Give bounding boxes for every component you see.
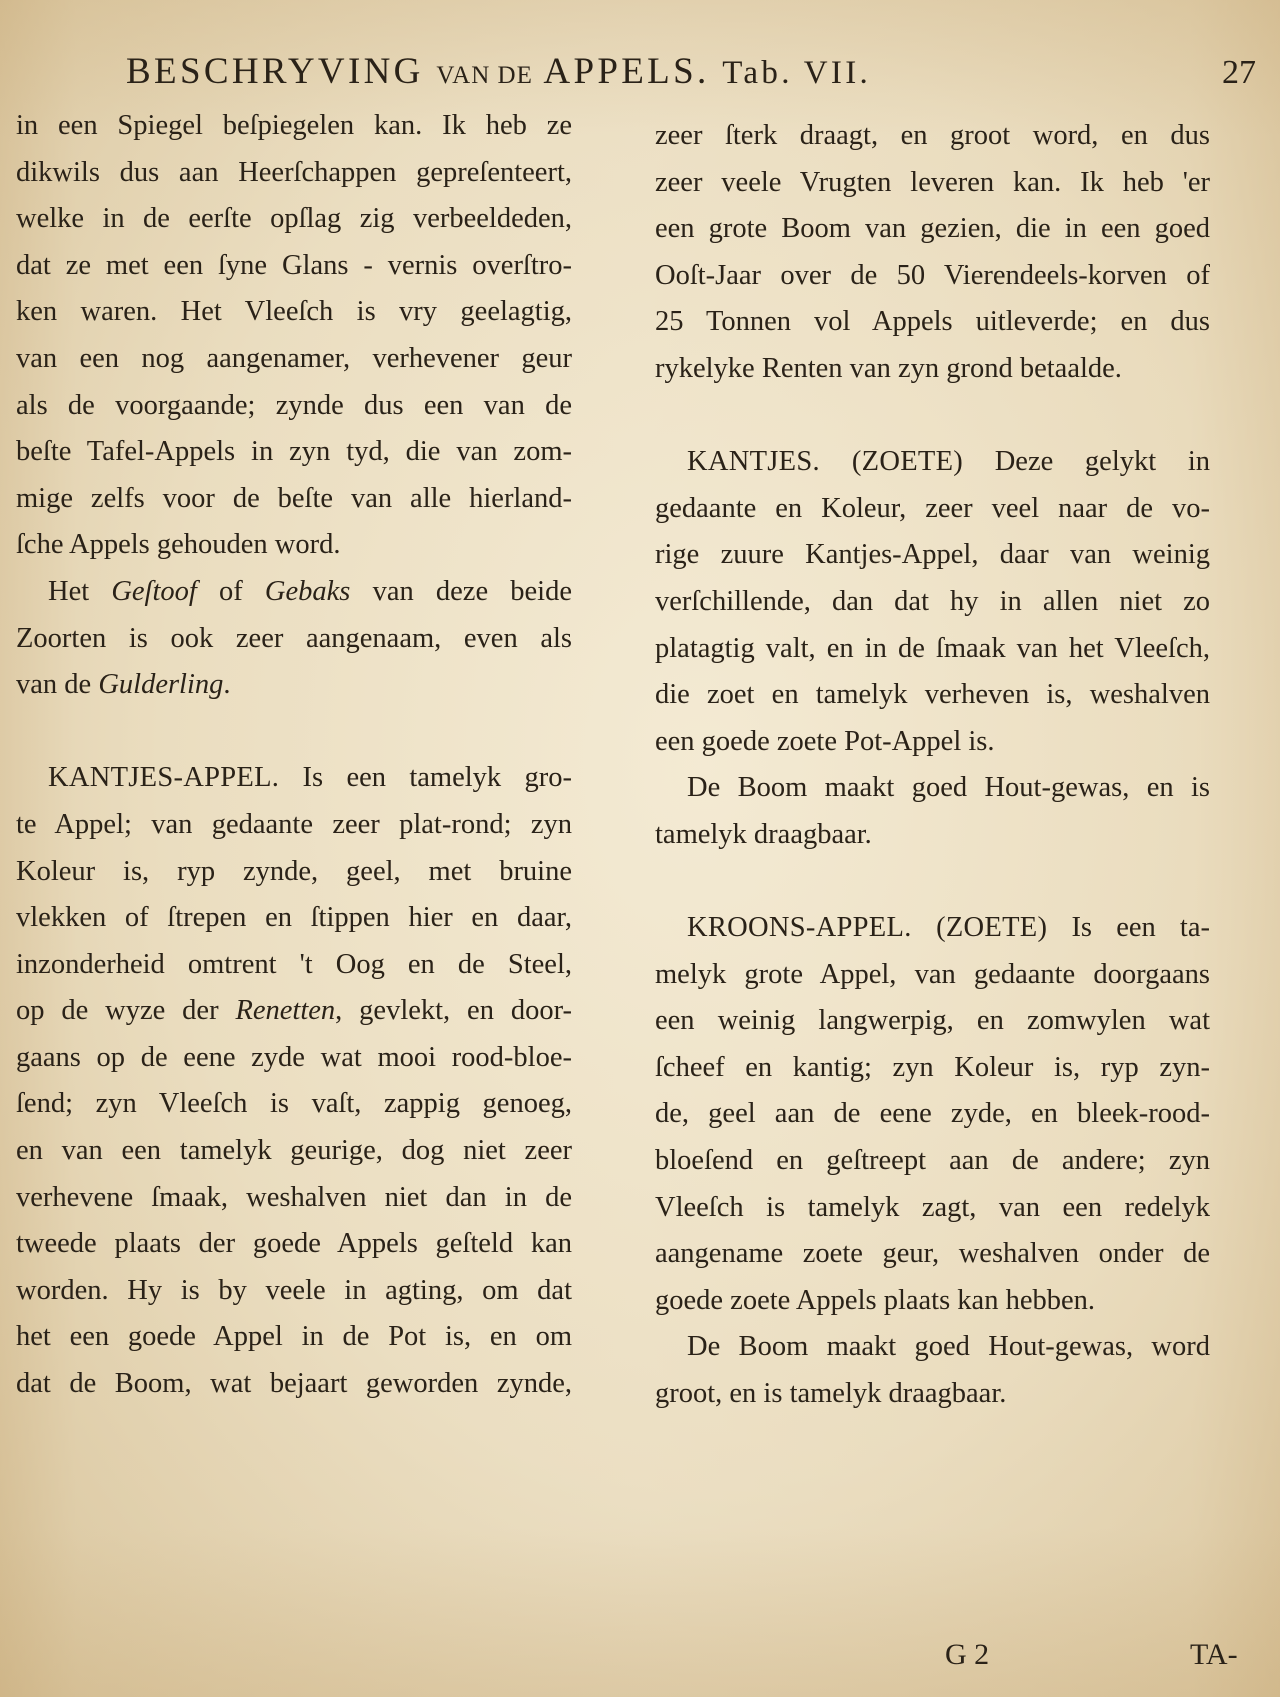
text-line: ken waren. Het Vleeſch is vry geelagtig,	[16, 289, 572, 336]
italic-term: Renetten	[235, 995, 335, 1026]
text-line: een weinig langwerpig, en zomwylen wat	[655, 998, 1210, 1045]
text-line: als de voorgaande; zynde dus een van de	[16, 383, 572, 430]
text-run: .	[223, 669, 230, 700]
text-line: in een Spiegel beſpiegelen kan. Ik heb z…	[16, 103, 572, 150]
catchword: TA-	[1190, 1638, 1238, 1672]
text-line: De Boom maakt goed Hout-gewas, word	[655, 1324, 1210, 1371]
section-gap	[16, 709, 572, 756]
text-line: groot, en is tamelyk draagbaar.	[655, 1371, 1210, 1418]
section-heading-line: KANTJES. (ZOETE) Deze gelykt in	[655, 439, 1210, 486]
book-page: BESCHRYVING van de APPELS. Tab. VII. 27 …	[0, 0, 1280, 1697]
italic-term: Geſtoof	[111, 576, 197, 607]
page-number: 27	[1222, 54, 1256, 92]
text-line: verhevene ſmaak, weshalven niet dan in d…	[16, 1175, 572, 1222]
text-line: verſchillende, dan dat hy in allen niet …	[655, 579, 1210, 626]
text-line: mige zelfs voor de beſte van alle hierla…	[16, 476, 572, 523]
text-line: en van een tamelyk geurige, dog niet zee…	[16, 1128, 572, 1175]
text-line: Koleur is, ryp zynde, geel, met bruine	[16, 849, 572, 896]
section-heading-line: KANTJES-APPEL. Is een tamelyk gro-	[16, 755, 572, 802]
text-line: 25 Tonnen vol Appels uitleverde; en dus	[655, 299, 1210, 346]
text-line: melyk grote Appel, van gedaante doorgaan…	[655, 952, 1210, 999]
text-line: rige zuure Kantjes-Appel, daar van weini…	[655, 532, 1210, 579]
text-line: een grote Boom van gezien, die in een go…	[655, 206, 1210, 253]
text-run: , gevlekt, en door-	[335, 995, 572, 1026]
running-title-part1: BESCHRYVING	[126, 51, 424, 92]
right-column: zeer ſterk draagt, en groot word, en dus…	[655, 113, 1210, 1418]
text-line: zeer ſterk draagt, en groot word, en dus	[655, 113, 1210, 160]
text-line: inzonderheid omtrent 't Oog en de Steel,	[16, 942, 572, 989]
paragraph-line: Het Geſtoof of Gebaks van deze beide	[16, 569, 572, 616]
text-line: zeer veele Vrugten leveren kan. Ik heb '…	[655, 160, 1210, 207]
text-line: aangename zoete geur, weshalven onder de	[655, 1231, 1210, 1278]
text-line: goede zoete Appels plaats kan hebben.	[655, 1278, 1210, 1325]
text-line: dikwils dus aan Heerſchappen gepreſentee…	[16, 150, 572, 197]
text-line: welke in de eerſte opſlag zig verbeelded…	[16, 196, 572, 243]
text-line: ſend; zyn Vleeſch is vaſt, zappig genoeg…	[16, 1081, 572, 1128]
section-heading-kroons-appel: KROONS-APPEL. (ZOETE)	[687, 912, 1047, 943]
signature-mark: G 2	[945, 1638, 989, 1672]
section-gap	[655, 859, 1210, 906]
text-line: van een nog aangenamer, verhevener geur	[16, 336, 572, 383]
text-line: ſche Appels gehouden word.	[16, 522, 572, 569]
text-line: te Appel; van gedaante zeer plat-rond; z…	[16, 802, 572, 849]
text-line: gedaante en Koleur, zeer veel naar de vo…	[655, 486, 1210, 533]
section-heading-kantjes-appel: KANTJES-APPEL.	[48, 762, 279, 793]
text-run: van deze beide	[350, 576, 572, 607]
text-line: ſcheef en kantig; zyn Koleur is, ryp zyn…	[655, 1045, 1210, 1092]
section-heading-line: KROONS-APPEL. (ZOETE) Is een ta-	[655, 905, 1210, 952]
running-title-part2: van de	[436, 62, 533, 89]
text-run: of	[197, 576, 265, 607]
text-line: vlekken of ſtrepen en ſtippen hier en da…	[16, 895, 572, 942]
text-line: gaans op de eene zyde wat mooi rood-bloe…	[16, 1035, 572, 1082]
text-run: Is een ta-	[1047, 912, 1210, 943]
text-line: Vleeſch is tamelyk zagt, van een redelyk	[655, 1185, 1210, 1232]
text-line: beſte Tafel-Appels in zyn tyd, die van z…	[16, 429, 572, 476]
italic-term: Gulderling	[98, 669, 223, 700]
running-title-part3: APPELS.	[543, 51, 709, 92]
text-line: het een goede Appel in de Pot is, en om	[16, 1314, 572, 1361]
paragraph-line: op de wyze der Renetten, gevlekt, en doo…	[16, 988, 572, 1035]
running-title: BESCHRYVING van de APPELS. Tab. VII.	[126, 50, 871, 93]
text-run: op de wyze der	[16, 995, 235, 1026]
text-line: worden. Hy is by veele in agting, om dat	[16, 1268, 572, 1315]
left-column: in een Spiegel beſpiegelen kan. Ik heb z…	[16, 103, 572, 1408]
text-line: die zoet en tamelyk verheven is, weshalv…	[655, 672, 1210, 719]
text-line: Ooſt-Jaar over de 50 Vierendeels-korven …	[655, 253, 1210, 300]
section-gap	[655, 393, 1210, 440]
text-run: Deze gelykt in	[963, 446, 1210, 477]
running-title-part4: Tab. VII.	[722, 55, 871, 91]
section-heading-kantjes-zoete: KANTJES. (ZOETE)	[687, 446, 963, 477]
text-run: Het	[48, 576, 111, 607]
text-run: van de	[16, 669, 98, 700]
text-line: Zoorten is ook zeer aangenaam, even als	[16, 616, 572, 663]
text-line: tamelyk draagbaar.	[655, 812, 1210, 859]
text-line: De Boom maakt goed Hout-gewas, en is	[655, 765, 1210, 812]
text-line: tweede plaats der goede Appels geſteld k…	[16, 1221, 572, 1268]
text-line: de, geel aan de eene zyde, en bleek-rood…	[655, 1091, 1210, 1138]
text-line: rykelyke Renten van zyn grond betaalde.	[655, 346, 1210, 393]
text-line: dat ze met een ſyne Glans - vernis overſ…	[16, 243, 572, 290]
text-line: bloeſend en geſtreept aan de andere; zyn	[655, 1138, 1210, 1185]
paragraph-line: van de Gulderling.	[16, 662, 572, 709]
italic-term: Gebaks	[265, 576, 350, 607]
running-head: BESCHRYVING van de APPELS. Tab. VII. 27	[0, 44, 1280, 94]
text-line: een goede zoete Pot-Appel is.	[655, 719, 1210, 766]
text-line: platagtig valt, en in de ſmaak van het V…	[655, 626, 1210, 673]
text-line: dat de Boom, wat bejaart geworden zynde,	[16, 1361, 572, 1408]
text-run: Is een tamelyk gro-	[279, 762, 572, 793]
